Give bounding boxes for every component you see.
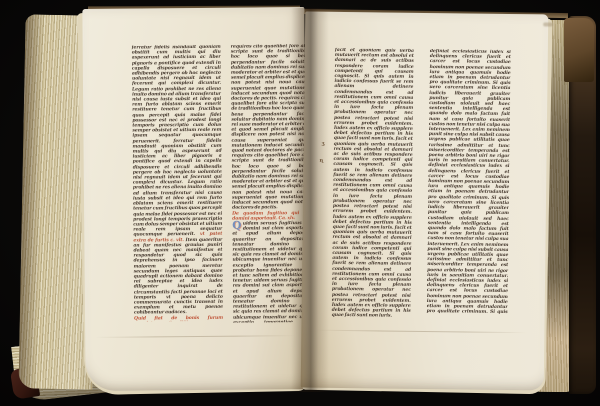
right-page-column-2: definiat ecclesiasticus iudex si delinqu…: [427, 49, 511, 314]
body-text-run: facit et quoniam quis uerba mutauerit re…: [332, 48, 414, 319]
body-text: facit et quoniam quis uerba mutauerit re…: [332, 48, 414, 319]
illuminated-initial: Q: [232, 222, 241, 230]
right-page-column-1: facit et quoniam quis uerba mutauerit re…: [332, 48, 414, 319]
body-text-run: definiat ecclesiasticus iudex si delinqu…: [427, 49, 511, 314]
leather-corner-top-right: [564, 18, 594, 82]
body-text: ferratur fidelis mandauit quoniam obstit…: [132, 45, 223, 316]
body-text: definiat ecclesiasticus iudex si delinqu…: [427, 49, 511, 314]
gutter-shadow: [291, 8, 329, 392]
manuscript-photo: ferratur fidelis mandauit quoniam obstit…: [0, 0, 600, 406]
left-page: ferratur fidelis mandauit quoniam obstit…: [82, 7, 307, 391]
right-page: ʒ ɳ facit et quoniam quis uerba mutaueri…: [301, 12, 549, 391]
rubric-heading: Quid fiat de bonis furum conuictorum. Ca…: [134, 315, 223, 321]
folio-smudge: [543, 22, 553, 26]
left-page-column-1: ferratur fidelis mandauit quoniam obstit…: [132, 45, 223, 322]
body-text-run: ferratur fidelis mandauit quoniam obstit…: [132, 45, 223, 238]
body-text-run: Item quaeritur an fur manifestus grauius…: [133, 237, 223, 316]
